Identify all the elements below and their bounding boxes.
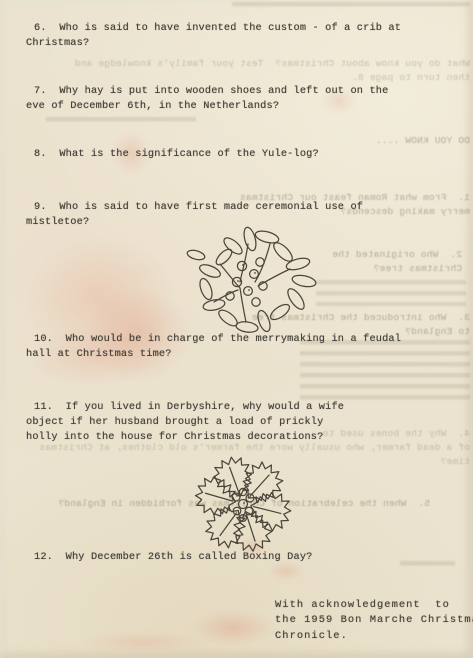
question-11: 11. If you lived in Derbyshire, why woul… <box>26 400 446 446</box>
bleed-question-2: 2. Who originated the Christmas tree? <box>322 248 462 276</box>
bleed-intro-text: What do you know about Christmas? Test y… <box>150 57 470 85</box>
acknowledgement-note: With acknowledgement to the 1959 Bon Mar… <box>275 598 473 644</box>
red-ink-bleed <box>78 632 208 652</box>
question-6: 6. Who is said to have invented the cust… <box>26 21 446 51</box>
faint-bleed-paragraph <box>232 2 470 13</box>
mistletoe-drawing-icon <box>170 224 322 342</box>
faint-bleed-paragraph <box>316 280 466 306</box>
holly-drawing-icon <box>180 446 306 562</box>
question-7: 7. Why hay is put into wooden shoes and … <box>26 84 446 114</box>
scanned-page: What do you know about Christmas? Test y… <box>0 0 473 658</box>
question-8: 8. What is the significance of the Yule-… <box>26 147 446 162</box>
faint-bleed-paragraph <box>46 117 196 128</box>
bleed-heading-do-you-know: DO YOU KNOW .... <box>280 134 470 148</box>
